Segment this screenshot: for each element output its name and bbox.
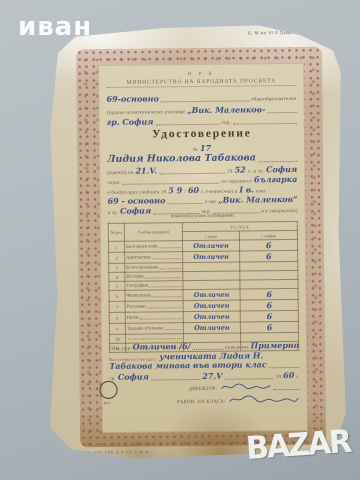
school-type-label: трудово политехническо училище: [107, 110, 185, 116]
print-run-note: Зап. 09 600.000 2-4-59 5 М м.: [72, 449, 151, 455]
date-year-prefix: 19: [276, 375, 281, 380]
ministry-line: МИНИСТЕРСТВО НА НАРОДНАТА ПРОСВЕТА: [106, 78, 296, 88]
director-signature: [219, 381, 271, 392]
dotted-leader: [149, 285, 181, 287]
number-value: 17: [200, 143, 211, 153]
dotted-rule: [267, 111, 296, 113]
dotted-rule: [167, 202, 203, 204]
country-abbrev: Н Р Б: [106, 71, 296, 78]
school-number-line: 69-основно общообразователно: [106, 92, 296, 104]
date-year-handwritten: 60: [283, 370, 294, 380]
director-line: ДИРЕКТОР:: [109, 381, 299, 393]
district-label: окр.: [221, 121, 231, 126]
school-year-a: 5 9: [168, 185, 182, 195]
dotted-rule: [156, 123, 220, 126]
conduct-value-handwritten: Примерно: [251, 340, 300, 351]
student-name-line: Лидия Николова Табакова: [107, 152, 297, 165]
title-line: Удостоверение: [107, 127, 297, 141]
promotion-line-2: Табакова минава във втори клас: [109, 359, 299, 371]
class-teacher-signature: [228, 393, 300, 405]
dotted-leader: [140, 317, 181, 319]
nationality-handwritten: българка: [254, 174, 297, 184]
school-number-handwritten-2: 69 - основно: [108, 195, 166, 206]
grades-table: № ред Учебни предмети У С П Е Х с думи с…: [108, 221, 299, 353]
date-year-suffix: г.: [296, 375, 299, 380]
class-teacher-label: РЪКОВ. НА КЛАСА:: [177, 400, 226, 406]
document-title: Удостоверение: [107, 127, 297, 141]
school-number-handwritten: 69-основно: [106, 93, 158, 104]
birth-date-handwritten: 21.V.: [135, 165, 157, 175]
column-number-header: № ред: [108, 223, 124, 241]
date-line: гр. София 27.V 19 60 г.: [109, 370, 299, 382]
photo-background: иван Б. М-во VI-3 Грам. 1951 г. 2-39 Н Р…: [0, 0, 360, 480]
birth-place-handwritten: София: [266, 164, 297, 174]
stamp-place-label: м.п.: [104, 400, 111, 405]
school-city-line: гр. София окр.: [107, 115, 297, 127]
director-label: ДИРЕКТОР:: [189, 387, 218, 392]
date-city-handwritten: София: [118, 372, 149, 382]
stamp-circle: [99, 381, 117, 399]
school-name-line: трудово политехническо училище „Вик. Мал…: [107, 104, 297, 116]
dotted-leader: [159, 267, 181, 269]
ministry-name: МИНИСТЕРСТВО НА НАРОДНАТА ПРОСВЕТА: [106, 78, 296, 88]
date-day-handwritten: 27.V: [202, 371, 222, 381]
form-reference-text: Б. М-во VI-3 Грам. 1951 г.: [248, 30, 311, 36]
success-intro-line: показал(а) успех и поведение:: [108, 213, 298, 220]
country-abbrev-line: Н Р Б: [106, 71, 296, 78]
form-reference-box: 2-39: [313, 29, 330, 36]
school-type-print: общообразователно: [251, 97, 297, 102]
certificate-panel: Н Р Б МИНИСТЕРСТВО НА НАРОДНАТА ПРОСВЕТА…: [98, 63, 308, 433]
dotted-rule: [274, 388, 300, 390]
dotted-leader: [158, 246, 180, 248]
certificate-paper: Б. М-во VI-3 Грам. 1951 г. 2-39 Н Р Б МИ…: [46, 24, 347, 459]
seller-watermark: иван: [18, 12, 92, 42]
school-city-handwritten: гр. София: [107, 116, 154, 126]
form-reference-note: Б. М-во VI-3 Грам. 1951 г. 2-39: [248, 29, 330, 37]
dotted-rule: [269, 366, 300, 368]
dotted-leader: [128, 337, 182, 340]
dotted-rule: [224, 377, 273, 380]
dotted-rule: [161, 99, 249, 102]
dotted-rule: [233, 122, 297, 125]
dotted-leader: [165, 328, 182, 330]
bazar-watermark: BAZAR: [245, 424, 351, 468]
success-intro: показал(а) успех и поведение:: [108, 213, 298, 220]
dotted-rule: [193, 348, 223, 350]
dotted-leader: [152, 257, 181, 259]
dotted-leader: [146, 306, 181, 308]
student-name: Лидия Николова Табакова: [107, 152, 256, 165]
dotted-leader: [152, 295, 182, 297]
school-name-handwritten: „Вик. Маленков-: [187, 104, 265, 115]
overall-value-handwritten: Отличен /6/: [133, 341, 191, 352]
column-subject-header: Учебни предмети: [124, 223, 182, 242]
promotion-hand-2: Табакова минава във втори клас: [109, 359, 267, 371]
class-teacher-line: РЪКОВ. НА КЛАСА:: [110, 393, 300, 406]
dotted-rule: [258, 160, 297, 162]
birth-year-handwritten: 52: [234, 164, 245, 174]
school-year-b: 60: [188, 185, 199, 195]
dotted-leader: [145, 276, 181, 278]
class-handwritten: I в.: [239, 184, 254, 194]
dotted-rule: [151, 378, 200, 381]
